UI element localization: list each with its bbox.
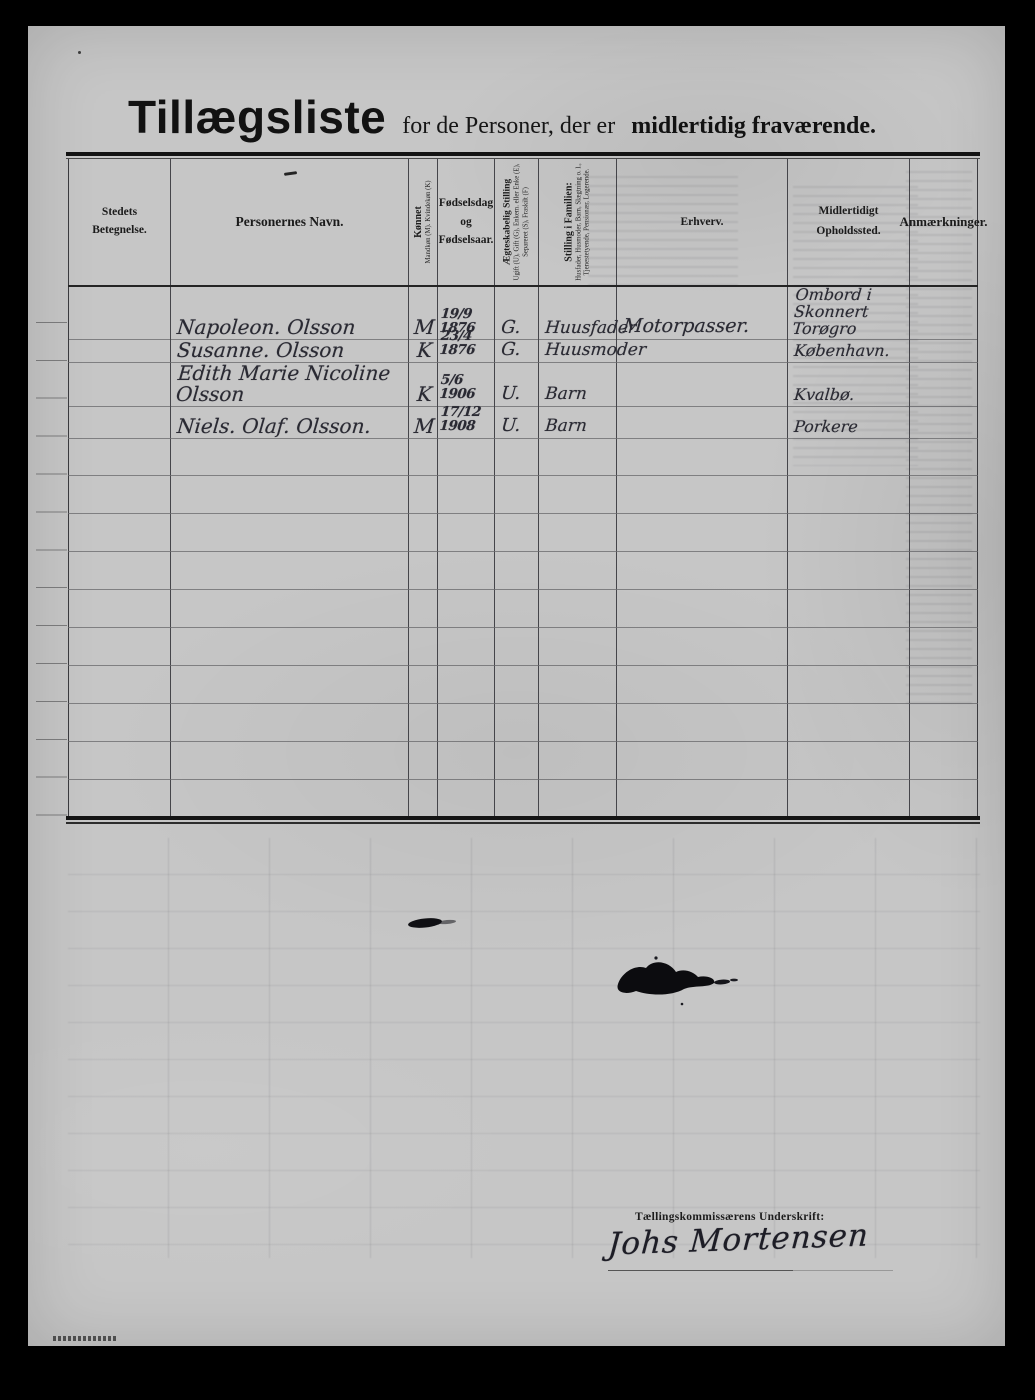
- cell-stilling: [539, 514, 617, 552]
- table-row-empty: [68, 476, 978, 514]
- table-row-empty: [68, 514, 978, 552]
- printer-mark: [53, 1336, 117, 1341]
- cell-fodsel: [438, 742, 495, 780]
- cell-kon: [409, 742, 438, 780]
- cell-stilling: [539, 780, 617, 818]
- cell-navn: [171, 780, 409, 818]
- cell-erhverv: [617, 552, 788, 590]
- cell-erhverv: [617, 325, 788, 363]
- table-bottom-rule: [66, 816, 980, 820]
- cell-sted: [68, 780, 171, 818]
- bleed-through-grid: [68, 838, 980, 1258]
- cell-ophold: [788, 742, 910, 780]
- cell-fodsel: 17/12 1908: [438, 401, 495, 439]
- cell-erhverv: [617, 476, 788, 514]
- cell-aegteskab: [495, 514, 539, 552]
- cell-kon: [409, 590, 438, 628]
- cell-fodsel: [438, 476, 495, 514]
- scanned-census-form-page: Tillægsliste for de Personer, der er mid…: [28, 26, 1005, 1346]
- handwritten-aegteskab: G.: [494, 341, 521, 362]
- cell-sted: [68, 704, 171, 742]
- table-row-empty: [68, 552, 978, 590]
- cell-ophold: [788, 514, 910, 552]
- cell-navn: [171, 514, 409, 552]
- header-place-designation: Stedets Betegnelse.: [68, 159, 171, 285]
- bleed-through-text: [906, 171, 972, 711]
- cell-aegteskab: [495, 439, 539, 477]
- header-birthdate: Fødselsdag og Fødselsaar.: [438, 159, 495, 285]
- cell-navn: [171, 476, 409, 514]
- cell-anm: [910, 780, 978, 818]
- cell-stilling: Barn: [539, 401, 617, 439]
- cell-ophold: [788, 780, 910, 818]
- cell-fodsel: [438, 552, 495, 590]
- paper-speck: [78, 51, 81, 54]
- cell-erhverv: [617, 401, 788, 439]
- cell-kon: [409, 552, 438, 590]
- handwritten-fodsel: 17/12 1908: [437, 405, 496, 437]
- bleed-through-text: [588, 176, 738, 291]
- cell-stilling: [539, 439, 617, 477]
- cell-anm: [910, 742, 978, 780]
- cell-erhverv: [617, 439, 788, 477]
- cell-fodsel: [438, 439, 495, 477]
- cell-kon: M: [409, 401, 438, 439]
- page-title-main: Tillægsliste: [128, 90, 386, 144]
- cell-navn: [171, 590, 409, 628]
- cell-sted: [68, 325, 171, 363]
- table-row-empty: [68, 780, 978, 818]
- cell-ophold: [788, 666, 910, 704]
- cell-ophold: [788, 704, 910, 742]
- page-title: Tillægsliste for de Personer, der er mid…: [128, 90, 988, 144]
- cell-fodsel: [438, 628, 495, 666]
- table-row-empty: [68, 742, 978, 780]
- page-title-subtitle: for de Personer, der er: [402, 113, 615, 140]
- cell-navn: [171, 439, 409, 477]
- cell-stilling: [539, 742, 617, 780]
- cell-aegteskab: [495, 666, 539, 704]
- cell-stilling: [539, 704, 617, 742]
- cell-sted: [68, 514, 171, 552]
- cell-kon: [409, 439, 438, 477]
- cell-aegteskab: [495, 780, 539, 818]
- cell-ophold: [788, 476, 910, 514]
- cell-kon: [409, 780, 438, 818]
- ink-blot: [586, 944, 741, 1016]
- cell-navn: Susanne. Olsson: [171, 325, 409, 363]
- cell-fodsel: [438, 780, 495, 818]
- cell-aegteskab: [495, 552, 539, 590]
- cell-sted: [68, 552, 171, 590]
- cell-erhverv: [617, 590, 788, 628]
- cell-sted: [68, 742, 171, 780]
- header-persons-name: Personernes Navn.: [171, 159, 409, 285]
- cell-navn: [171, 552, 409, 590]
- cell-fodsel: [438, 514, 495, 552]
- table-row-empty: [68, 704, 978, 742]
- cell-ophold: [788, 590, 910, 628]
- handwritten-navn: Edith Marie Nicoline Olsson: [169, 363, 410, 406]
- cell-stilling: [539, 590, 617, 628]
- cell-kon: K: [409, 325, 438, 363]
- ink-smear: [405, 915, 457, 933]
- handwritten-kon: K: [414, 340, 433, 362]
- cell-kon: [409, 704, 438, 742]
- cell-sted: [68, 476, 171, 514]
- cell-kon: [409, 514, 438, 552]
- cell-navn: [171, 628, 409, 666]
- scanner-background: { "document": { "title": { "main": "Till…: [0, 0, 1035, 1400]
- cell-aegteskab: [495, 590, 539, 628]
- page-title-subtitle-bold: midlertidig fraværende.: [631, 113, 876, 140]
- handwritten-kon: M: [411, 416, 435, 438]
- cell-stilling: [539, 628, 617, 666]
- cell-fodsel: 23/4 1876: [438, 325, 495, 363]
- cell-erhverv: [617, 514, 788, 552]
- cell-stilling: [539, 552, 617, 590]
- cell-stilling: [539, 476, 617, 514]
- table-row-empty: [68, 666, 978, 704]
- cell-ophold: [788, 628, 910, 666]
- cell-navn: [171, 742, 409, 780]
- cell-aegteskab: G.: [495, 325, 539, 363]
- cell-fodsel: [438, 704, 495, 742]
- cell-navn: [171, 666, 409, 704]
- cell-erhverv: [617, 704, 788, 742]
- cell-stilling: [539, 666, 617, 704]
- handwritten-stilling: Barn: [538, 418, 587, 438]
- header-marital-status: Ægteskabelig Stilling Ugift (U), Gift (G…: [495, 159, 539, 285]
- cell-fodsel: [438, 590, 495, 628]
- table-bottom-rule-thin: [66, 822, 980, 824]
- cell-aegteskab: [495, 628, 539, 666]
- cell-stilling: Huusmoder: [539, 325, 617, 363]
- signature-underline: [608, 1270, 893, 1271]
- cell-kon: [409, 476, 438, 514]
- cell-kon: [409, 666, 438, 704]
- cell-erhverv: [617, 780, 788, 818]
- handwritten-navn: Susanne. Olsson: [170, 340, 345, 362]
- cell-sted: [68, 401, 171, 439]
- cell-ophold: [788, 552, 910, 590]
- cell-sted: [68, 628, 171, 666]
- cell-erhverv: [617, 742, 788, 780]
- table-row-empty: [68, 590, 978, 628]
- handwritten-navn: Niels. Olaf. Olsson.: [170, 416, 372, 438]
- cell-erhverv: [617, 628, 788, 666]
- cell-sted: [68, 590, 171, 628]
- cell-sted: [68, 666, 171, 704]
- cell-sted: [68, 439, 171, 477]
- cell-navn: [171, 704, 409, 742]
- cell-fodsel: [438, 666, 495, 704]
- handwritten-fodsel: 23/4 1876: [437, 329, 496, 361]
- cell-aegteskab: [495, 742, 539, 780]
- cell-kon: [409, 628, 438, 666]
- cell-erhverv: [617, 666, 788, 704]
- cell-navn: Niels. Olaf. Olsson.: [171, 401, 409, 439]
- title-divider-rule: [66, 152, 980, 156]
- cell-aegteskab: U.: [495, 401, 539, 439]
- left-margin-row-ticks: [36, 285, 67, 817]
- handwritten-aegteskab: U.: [494, 417, 521, 438]
- cell-aegteskab: [495, 704, 539, 742]
- table-row-empty: [68, 628, 978, 666]
- cell-aegteskab: [495, 476, 539, 514]
- bleed-through-text: [793, 186, 918, 466]
